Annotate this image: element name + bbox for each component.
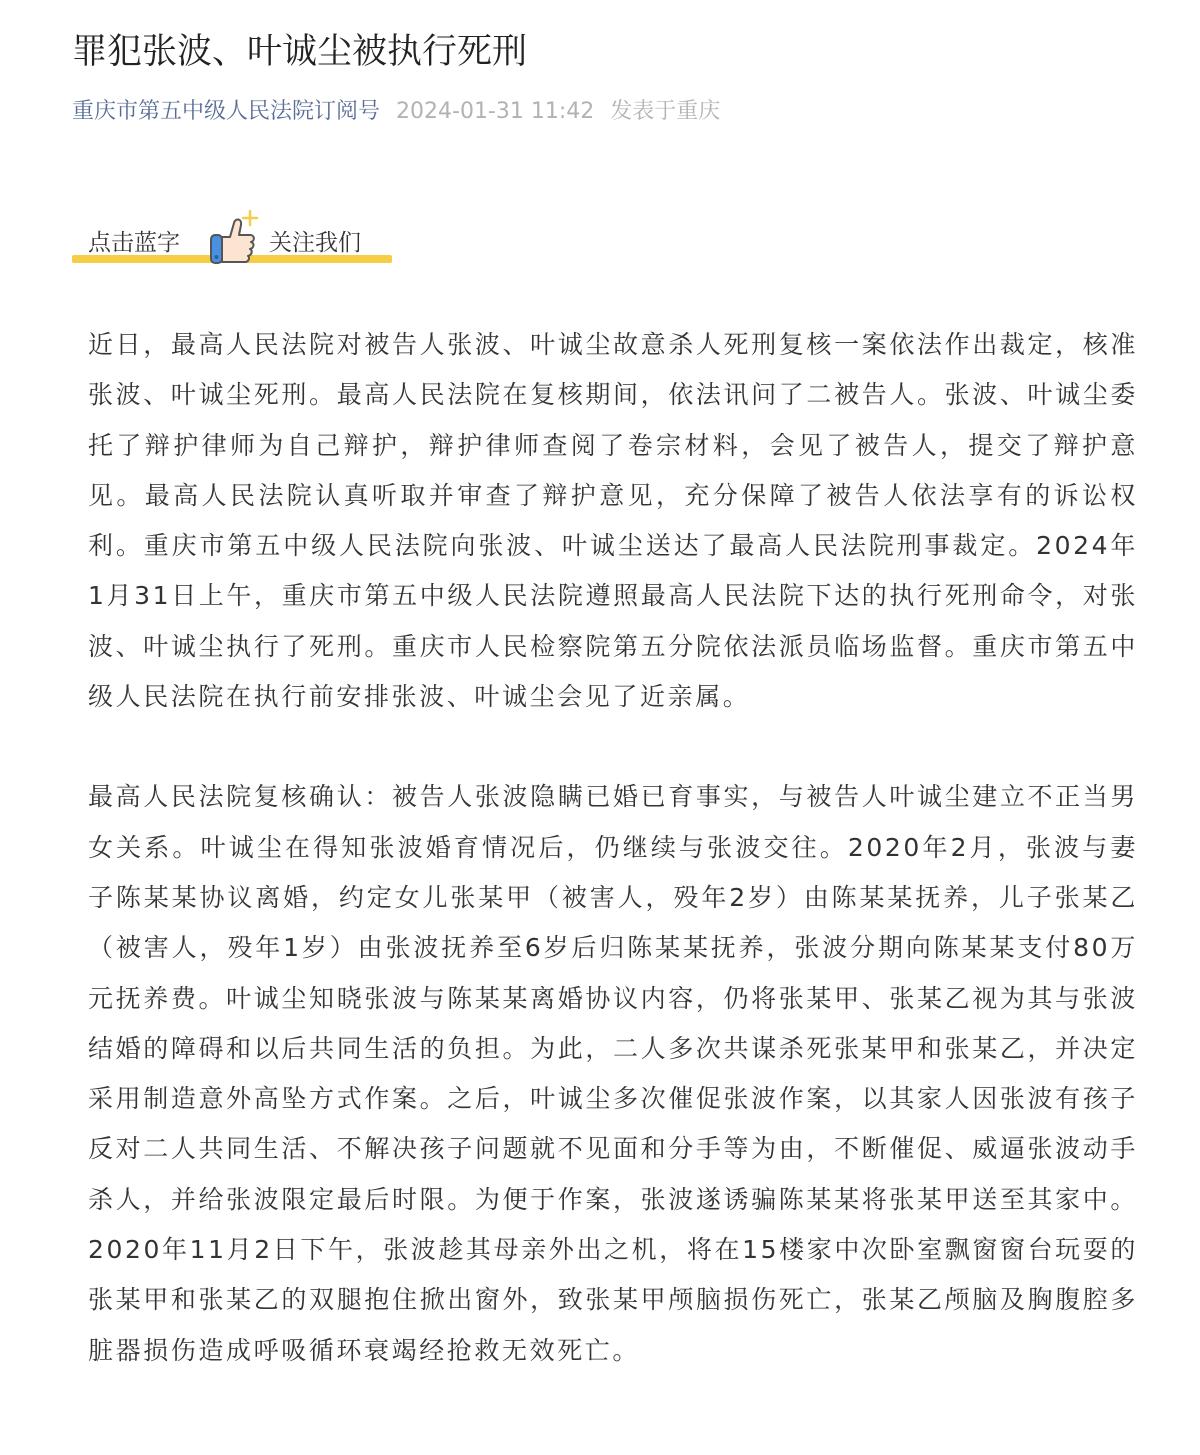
publish-time: 2024-01-31 11:42 xyxy=(396,99,594,124)
publish-location: 发表于重庆 xyxy=(610,99,720,124)
article-title: 罪犯张波、叶诚尘被执行死刑 xyxy=(72,28,527,76)
article-meta: 重庆市第五中级人民法院订阅号2024-01-31 11:42发表于重庆 xyxy=(72,96,720,128)
thumbs-up-icon xyxy=(206,209,266,269)
account-name-link[interactable]: 重庆市第五中级人民法院订阅号 xyxy=(72,99,380,124)
follow-us-banner: 点击蓝字 关注我们 xyxy=(72,205,392,265)
article-body: 近日，最高人民法院对被告人张波、叶诚尘故意杀人死刑复核一案依法作出裁定，核准张波… xyxy=(88,320,1138,1376)
article-paragraph: 近日，最高人民法院对被告人张波、叶诚尘故意杀人死刑复核一案依法作出裁定，核准张波… xyxy=(88,320,1138,722)
banner-text-click-blue: 点击蓝字 xyxy=(88,227,180,259)
banner-text-follow-us: 关注我们 xyxy=(269,227,361,259)
article-paragraph: 最高人民法院复核确认：被告人张波隐瞒已婚已育事实，与被告人叶诚尘建立不正当男女关… xyxy=(88,772,1138,1376)
